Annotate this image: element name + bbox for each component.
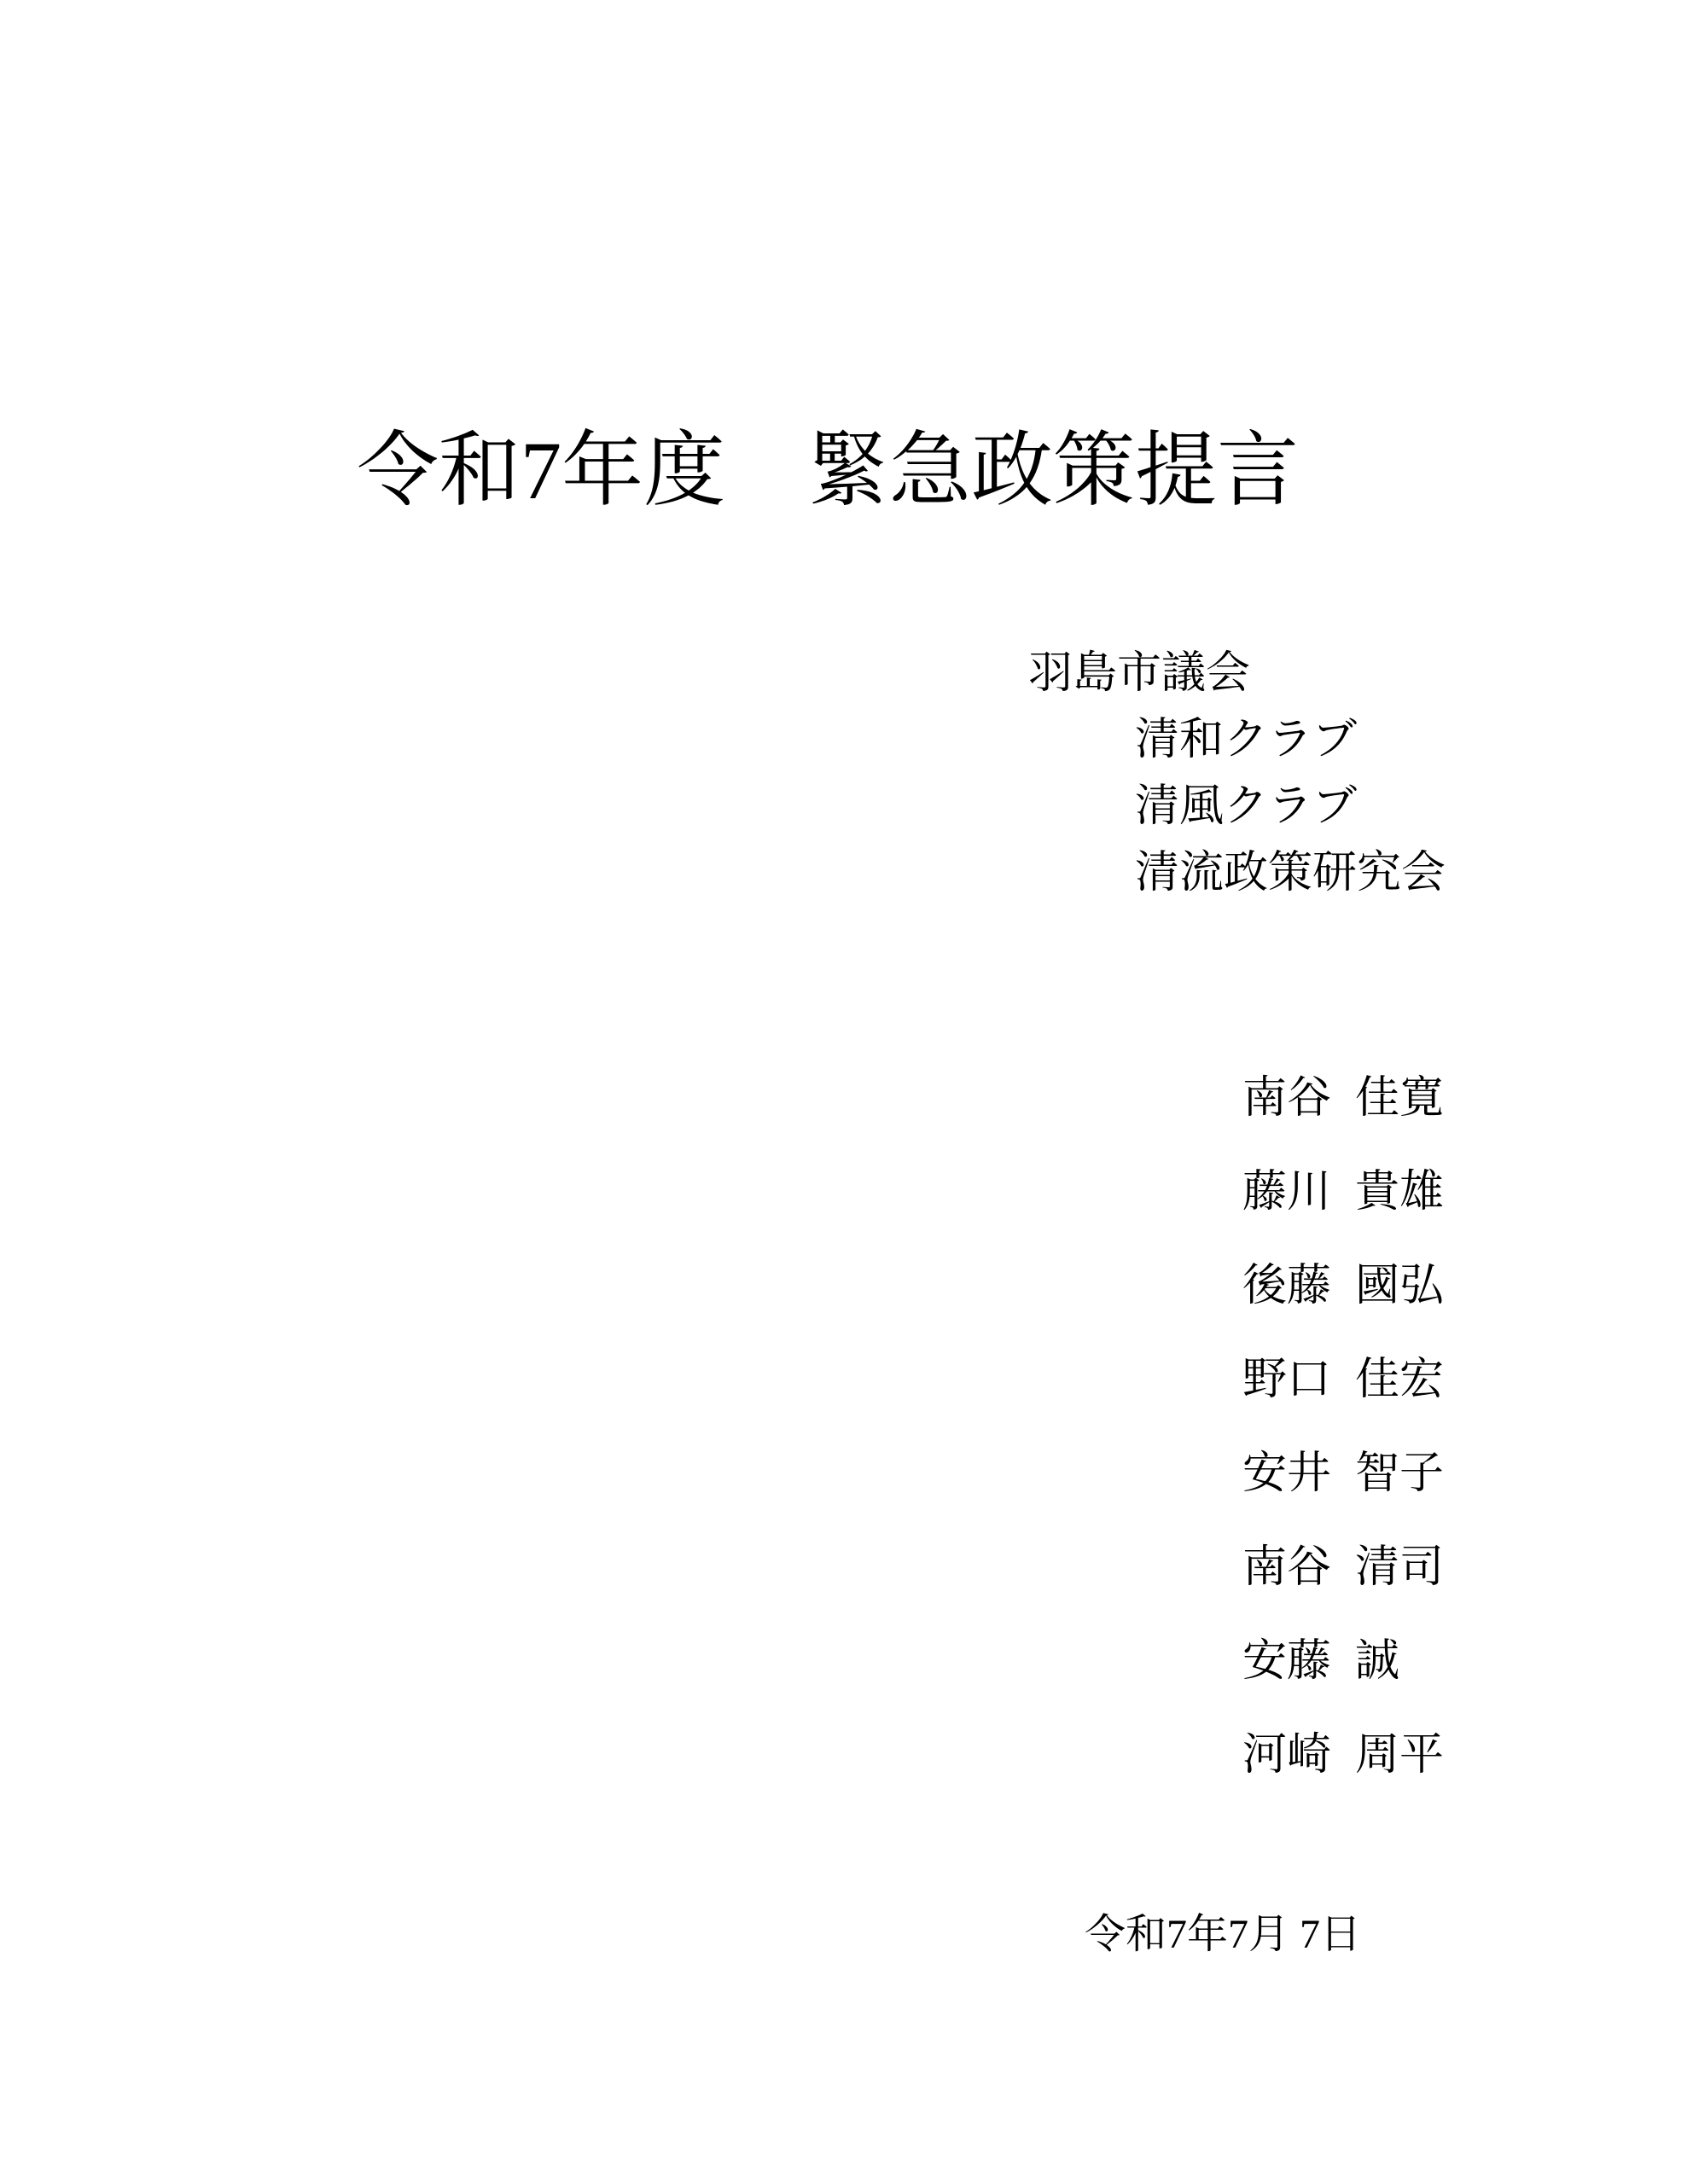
member-given-name: 周平 (1355, 1734, 1444, 1827)
member-given-name: 清司 (1355, 1546, 1444, 1640)
member-given-name: 國弘 (1355, 1264, 1444, 1358)
member-name: 野口 佳宏 (1242, 1358, 1444, 1452)
member-surname: 南谷 (1242, 1077, 1355, 1170)
member-given-name: 佳宏 (1355, 1358, 1444, 1452)
document-page: 令和7年度 緊急政策提言 羽島市議会 清和クラブ 清風クラブ 清流政策研究会 南… (0, 0, 1693, 2184)
member-name: 安藤 誠 (1242, 1640, 1444, 1734)
member-surname: 後藤 (1242, 1264, 1355, 1358)
member-name: 河崎 周平 (1242, 1734, 1444, 1827)
council-name: 羽島市議会 (1028, 652, 1250, 696)
member-name: 南谷 清司 (1242, 1546, 1444, 1640)
member-surname: 安藤 (1242, 1640, 1355, 1734)
member-name: 安井 智子 (1242, 1452, 1444, 1546)
group-name: 清流政策研究会 (1135, 851, 1446, 896)
member-surname: 南谷 (1242, 1546, 1355, 1640)
document-title: 令和7年度 緊急政策提言 (357, 430, 1299, 512)
member-list: 南谷 佳寛 藤川 貴雄 後藤 國弘 野口 佳宏 安井 智子 南谷 清司 安藤 誠… (1242, 1077, 1444, 1827)
member-surname: 藤川 (1242, 1170, 1355, 1264)
group-name: 清和クラブ (1135, 718, 1357, 763)
member-surname: 野口 (1242, 1358, 1355, 1452)
member-name: 藤川 貴雄 (1242, 1170, 1444, 1264)
member-given-name: 貴雄 (1355, 1170, 1444, 1264)
member-surname: 安井 (1242, 1452, 1355, 1546)
member-given-name: 智子 (1355, 1452, 1444, 1546)
member-name: 南谷 佳寛 (1242, 1077, 1444, 1170)
member-given-name: 佳寛 (1355, 1077, 1444, 1170)
member-name: 後藤 國弘 (1242, 1264, 1444, 1358)
member-given-name: 誠 (1355, 1640, 1399, 1734)
document-date: 令和7年7月 7日 (1085, 1914, 1361, 1955)
member-surname: 河崎 (1242, 1734, 1355, 1827)
group-name: 清風クラブ (1135, 785, 1357, 829)
